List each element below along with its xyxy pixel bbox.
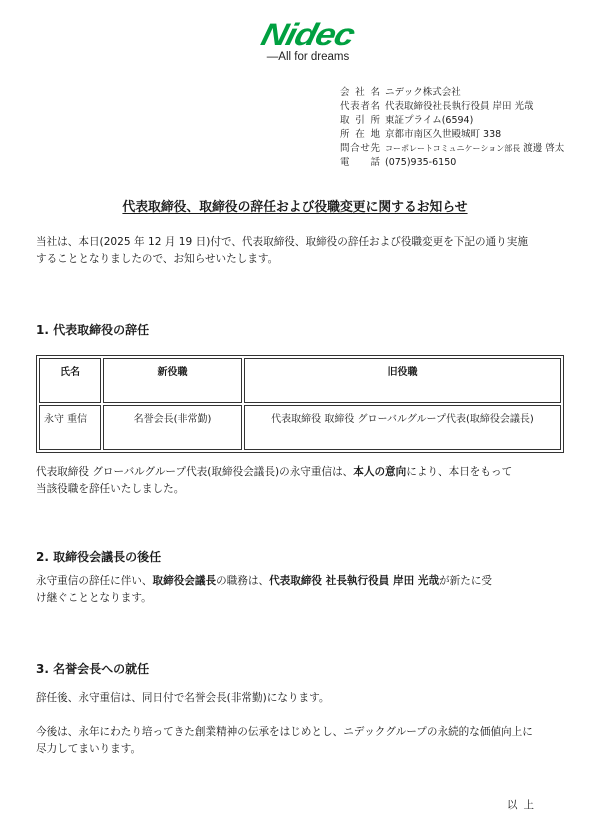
info-value: 代表取締役社長執行役員 岸田 光哉 [385,100,534,114]
info-label: 電 話 [340,156,380,170]
info-label: 取 引 所 [340,114,380,128]
info-value: (075)935-6150 [385,156,456,170]
section-1-body: 代表取締役 グローバルグループ代表(取締役会議長)の永守重信は、本人の意向により… [36,464,566,497]
table-row: 永守 重信 名誉会長(非常勤) 代表取締役 取締役 グローバルグループ代表(取締… [39,405,561,450]
info-value: コーポレートコミュニケーション部長 渡邊 啓太 [385,142,564,156]
table-header-old-position: 旧役職 [244,358,561,403]
section-2-heading: 2. 取締役会議長の後任 [36,548,161,565]
document-title: 代表取締役、取締役の辞任および役職変更に関するお知らせ [0,196,590,215]
table-cell-new-position: 名誉会長(非常勤) [103,405,242,450]
table-header-new-position: 新役職 [103,358,242,403]
info-value: 京都市南区久世殿城町 338 [385,128,501,142]
emphasis-text: 本人の意向 [353,466,406,478]
section-3-heading: 3. 名誉会長への就任 [36,660,149,677]
info-row-address: 所 在 地 京都市南区久世殿城町 338 [340,128,564,142]
table-header-name: 氏名 [39,358,101,403]
table-cell-old-position: 代表取締役 取締役 グローバルグループ代表(取締役会議長) [244,405,561,450]
info-label: 代 表 者 名 [340,100,380,114]
info-row-company-name: 会 社 名 ニデック株式会社 [340,86,564,100]
info-label: 会 社 名 [340,86,380,100]
nidec-logo-mark: Nidec [259,20,358,50]
info-label: 所 在 地 [340,128,380,142]
section-3-para-1: 辞任後、永守重信は、同日付で名誉会長(非常勤)になります。 [36,690,566,707]
emphasis-text: 代表取締役 社長執行役員 岸田 光哉 [269,575,439,587]
info-value: 東証プライム(6594) [385,114,473,128]
table-cell-name: 永守 重信 [39,405,101,450]
company-logo: Nidec —All for dreams [252,20,364,63]
closing-mark: 以上 [507,797,540,812]
info-row-representative: 代 表 者 名 代表取締役社長執行役員 岸田 光哉 [340,100,564,114]
company-info-block: 会 社 名 ニデック株式会社 代 表 者 名 代表取締役社長執行役員 岸田 光哉… [340,86,564,170]
section-3-para-2: 今後は、永年にわたり培ってきた創業精神の伝承をはじめとし、ニデックグループの永続… [36,724,566,757]
logo-tagline: —All for dreams [252,51,364,63]
section-2-body: 永守重信の辞任に伴い、取締役会議長の職務は、代表取締役 社長執行役員 岸田 光哉… [36,573,566,606]
emphasis-text: 取締役会議長 [153,575,217,587]
info-row-contact: 問 合 せ 先 コーポレートコミュニケーション部長 渡邊 啓太 [340,142,564,156]
info-row-exchange: 取 引 所 東証プライム(6594) [340,114,564,128]
info-value: ニデック株式会社 [385,86,461,100]
info-label: 問 合 せ 先 [340,142,380,156]
section-1-heading: 1. 代表取締役の辞任 [36,321,149,338]
resignation-table: 氏名 新役職 旧役職 永守 重信 名誉会長(非常勤) 代表取締役 取締役 グロー… [36,355,564,453]
intro-paragraph: 当社は、本日(2025 年 12 月 19 日)付で、代表取締役、取締役の辞任お… [36,234,566,267]
info-row-phone: 電 話 (075)935-6150 [340,156,564,170]
table-header-row: 氏名 新役職 旧役職 [39,358,561,403]
